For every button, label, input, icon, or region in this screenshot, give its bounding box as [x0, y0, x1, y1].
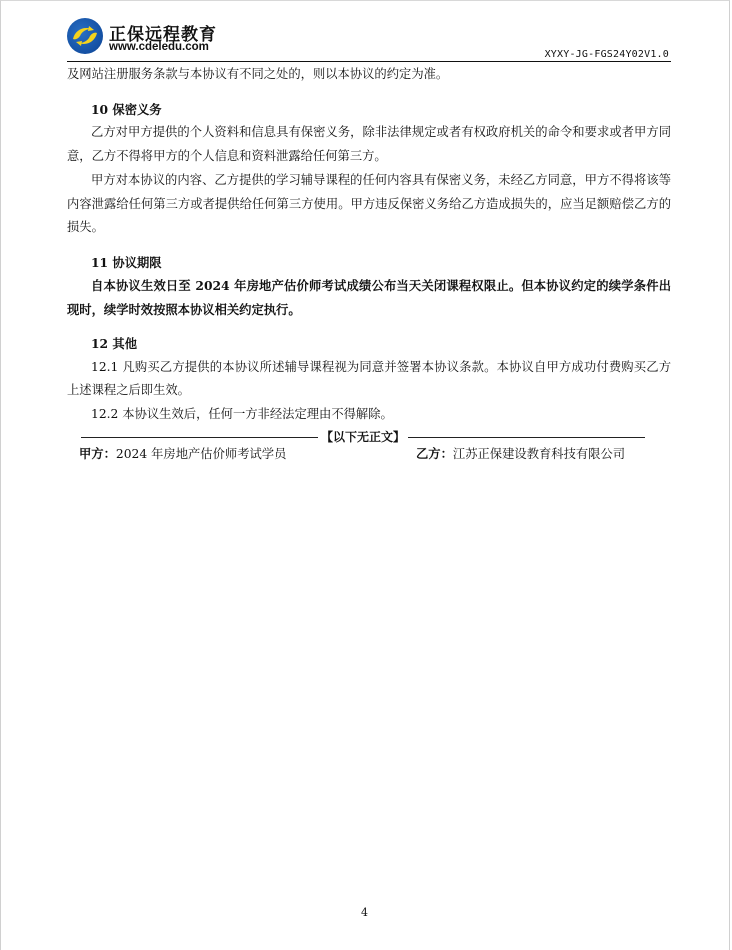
party-b: 乙方：江苏正保建设教育科技有限公司: [416, 444, 625, 462]
paragraph: 乙方对甲方提供的个人资料和信息具有保密义务，除非法律规定或者有权政府机关的命令和…: [67, 121, 671, 168]
cdeledu-logo-icon: [67, 18, 103, 54]
section-heading-confidentiality: 10 保密义务: [67, 98, 671, 122]
section-heading-term: 11 协议期限: [67, 251, 671, 275]
paragraph: 甲方对本协议的内容、乙方提供的学习辅导课程的任何内容具有保密义务，未经乙方同意，…: [67, 169, 671, 240]
divider-rule: [81, 437, 318, 438]
signature-row: 甲方：2024 年房地产估价师考试学员 乙方：江苏正保建设教育科技有限公司: [79, 444, 659, 466]
party-a: 甲方：2024 年房地产估价师考试学员: [79, 444, 286, 462]
document-page: 正保远程教育 www.cdeledu.com XYXY-JG-FGS24Y02V…: [0, 0, 730, 950]
party-a-label: 甲方：: [79, 446, 116, 461]
paragraph: 12.1 凡购买乙方提供的本协议所述辅导课程视为同意并签署本协议条款。本协议自甲…: [67, 356, 671, 403]
party-b-label: 乙方：: [416, 446, 453, 461]
divider-rule: [408, 437, 645, 438]
document-code: XYXY-JG-FGS24Y02V1.0: [545, 49, 669, 60]
page-number: 4: [361, 906, 368, 919]
brand-url: www.cdeledu.com: [109, 41, 209, 53]
section-heading-other: 12 其他: [67, 332, 671, 356]
continuation-paragraph: 及网站注册服务条款与本协议有不同之处的，则以本协议的约定为准。: [67, 63, 671, 87]
paragraph: 12.2 本协议生效后，任何一方非经法定理由不得解除。: [67, 403, 671, 427]
paragraph: 自本协议生效日至 2024 年房地产估价师考试成绩公布当天关闭课程权限止。但本协…: [67, 274, 671, 321]
page-header: 正保远程教育 www.cdeledu.com XYXY-JG-FGS24Y02V…: [67, 18, 671, 62]
party-a-value: 2024 年房地产估价师考试学员: [116, 447, 286, 461]
document-body: 及网站注册服务条款与本协议有不同之处的，则以本协议的约定为准。 10 保密义务 …: [67, 63, 671, 450]
header-divider: [67, 61, 671, 62]
party-b-value: 江苏正保建设教育科技有限公司: [453, 447, 625, 461]
